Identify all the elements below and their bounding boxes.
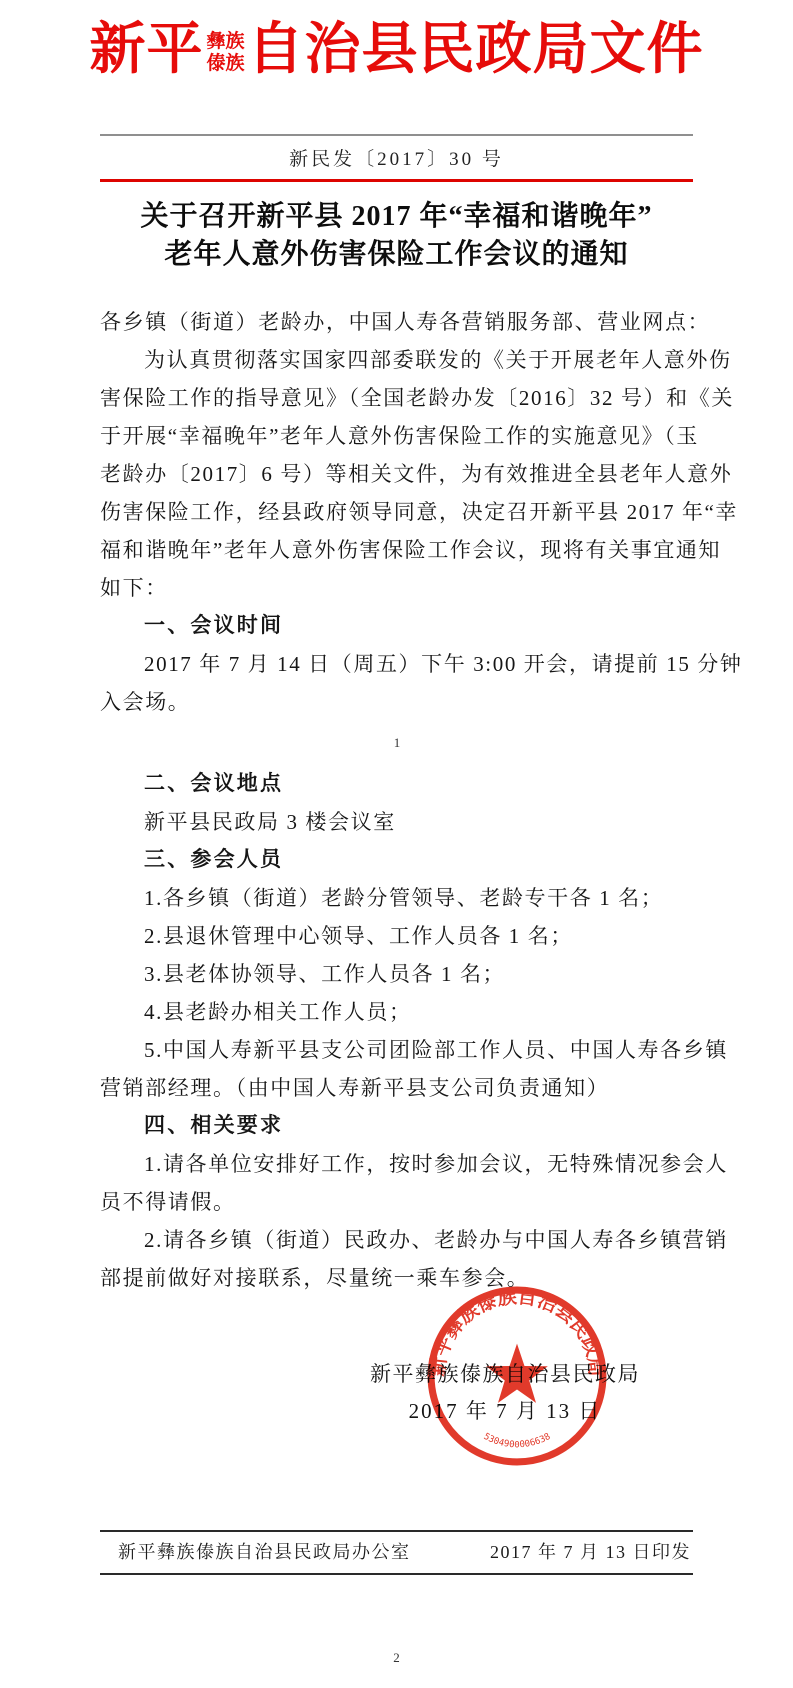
section-heading-1: 一、会议时间: [100, 607, 694, 645]
list-item: 1.各乡镇（街道）老龄分管领导、老龄专干各 1 名；: [100, 879, 694, 917]
red-separator: [100, 179, 693, 182]
svg-text:5304900006638: 5304900006638: [482, 1432, 553, 1450]
document-title-line1: 关于召开新平县 2017 年“幸福和谐晚年”: [0, 198, 793, 236]
footer-print-date: 2017 年 7 月 13 日印发: [490, 1539, 691, 1565]
document-title: 关于召开新平县 2017 年“幸福和谐晚年” 老年人意外伤害保险工作会议的通知: [0, 198, 793, 274]
body-line: 新平县民政局 3 楼会议室: [100, 803, 694, 841]
body-line: 为认真贯彻落实国家四部委联发的《关于开展老年人意外伤: [100, 341, 694, 379]
footer-rule-bottom: [100, 1573, 693, 1575]
salutation-line: 各乡镇（街道）老龄办，中国人寿各营销服务部、营业网点：: [100, 303, 694, 341]
body-line: 营销部经理。（由中国人寿新平县支公司负责通知）: [100, 1069, 694, 1107]
list-item: 2.县退休管理中心领导、工作人员各 1 名；: [100, 917, 694, 955]
official-seal: 新平彝族傣族自治县民政局 5304900006638: [424, 1283, 610, 1469]
footer-row: 新平彝族傣族自治县民政局办公室 2017 年 7 月 13 日印发: [100, 1539, 693, 1565]
section-heading-4: 四、相关要求: [100, 1107, 694, 1145]
list-item: 4.县老龄办相关工作人员；: [100, 993, 694, 1031]
doc-number: 新民发〔2017〕30 号: [0, 144, 793, 171]
page-number-2: 2: [0, 1650, 793, 1666]
star-icon: [486, 1344, 548, 1403]
body-line: 于开展“幸福晚年”老年人意外伤害保险工作的实施意见》（玉: [100, 417, 694, 455]
document-body: 各乡镇（街道）老龄办，中国人寿各营销服务部、营业网点： 为认真贯彻落实国家四部委…: [100, 303, 694, 1297]
footer-rule-top: [100, 1530, 693, 1532]
body-line: 老龄办〔2017〕6 号）等相关文件，为有效推进全县老年人意外: [100, 455, 694, 493]
document-page: 新平 彝族 傣族 自治县民政局文件 新民发〔2017〕30 号 关于召开新平县 …: [0, 0, 793, 1688]
body-line: 如下：: [100, 569, 694, 607]
footer-office: 新平彝族傣族自治县民政局办公室: [118, 1539, 411, 1565]
list-item: 5.中国人寿新平县支公司团险部工作人员、中国人寿各乡镇: [100, 1031, 694, 1069]
body-line: 入会场。: [100, 683, 694, 721]
seal-code: 5304900006638: [482, 1432, 553, 1450]
list-item: 1.请各单位安排好工作，按时参加会议，无特殊情况参会人: [100, 1145, 694, 1183]
body-line: 伤害保险工作，经县政府领导同意，决定召开新平县 2017 年“幸: [100, 493, 694, 531]
body-line: 福和谐晚年”老年人意外伤害保险工作会议，现将有关事宜通知: [100, 531, 694, 569]
section-heading-3: 三、参会人员: [100, 841, 694, 879]
body-line: 2017 年 7 月 14 日（周五）下午 3:00 开会，请提前 15 分钟: [100, 645, 694, 683]
document-title-line2: 老年人意外伤害保险工作会议的通知: [0, 236, 793, 274]
red-header-title: 新平 彝族 傣族 自治县民政局文件: [0, 10, 793, 90]
ethnic-name-stack: 彝族 傣族: [206, 31, 244, 75]
list-item: 3.县老体协领导、工作人员各 1 名；: [100, 955, 694, 993]
section-heading-2: 二、会议地点: [100, 765, 694, 803]
list-item: 2.请各乡镇（街道）民政办、老龄办与中国人寿各乡镇营销: [100, 1221, 694, 1259]
ethnic-bottom-label: 傣族: [206, 53, 244, 75]
body-line: 害保险工作的指导意见》（全国老龄办发〔2016〕32 号）和《关: [100, 379, 694, 417]
page-number-1: 1: [100, 721, 694, 765]
body-line: 员不得请假。: [100, 1183, 694, 1221]
ethnic-top-label: 彝族: [206, 31, 244, 53]
gray-separator: [100, 134, 693, 136]
masthead-prefix: 新平: [89, 10, 203, 90]
masthead-suffix: 自治县民政局文件: [248, 10, 704, 90]
